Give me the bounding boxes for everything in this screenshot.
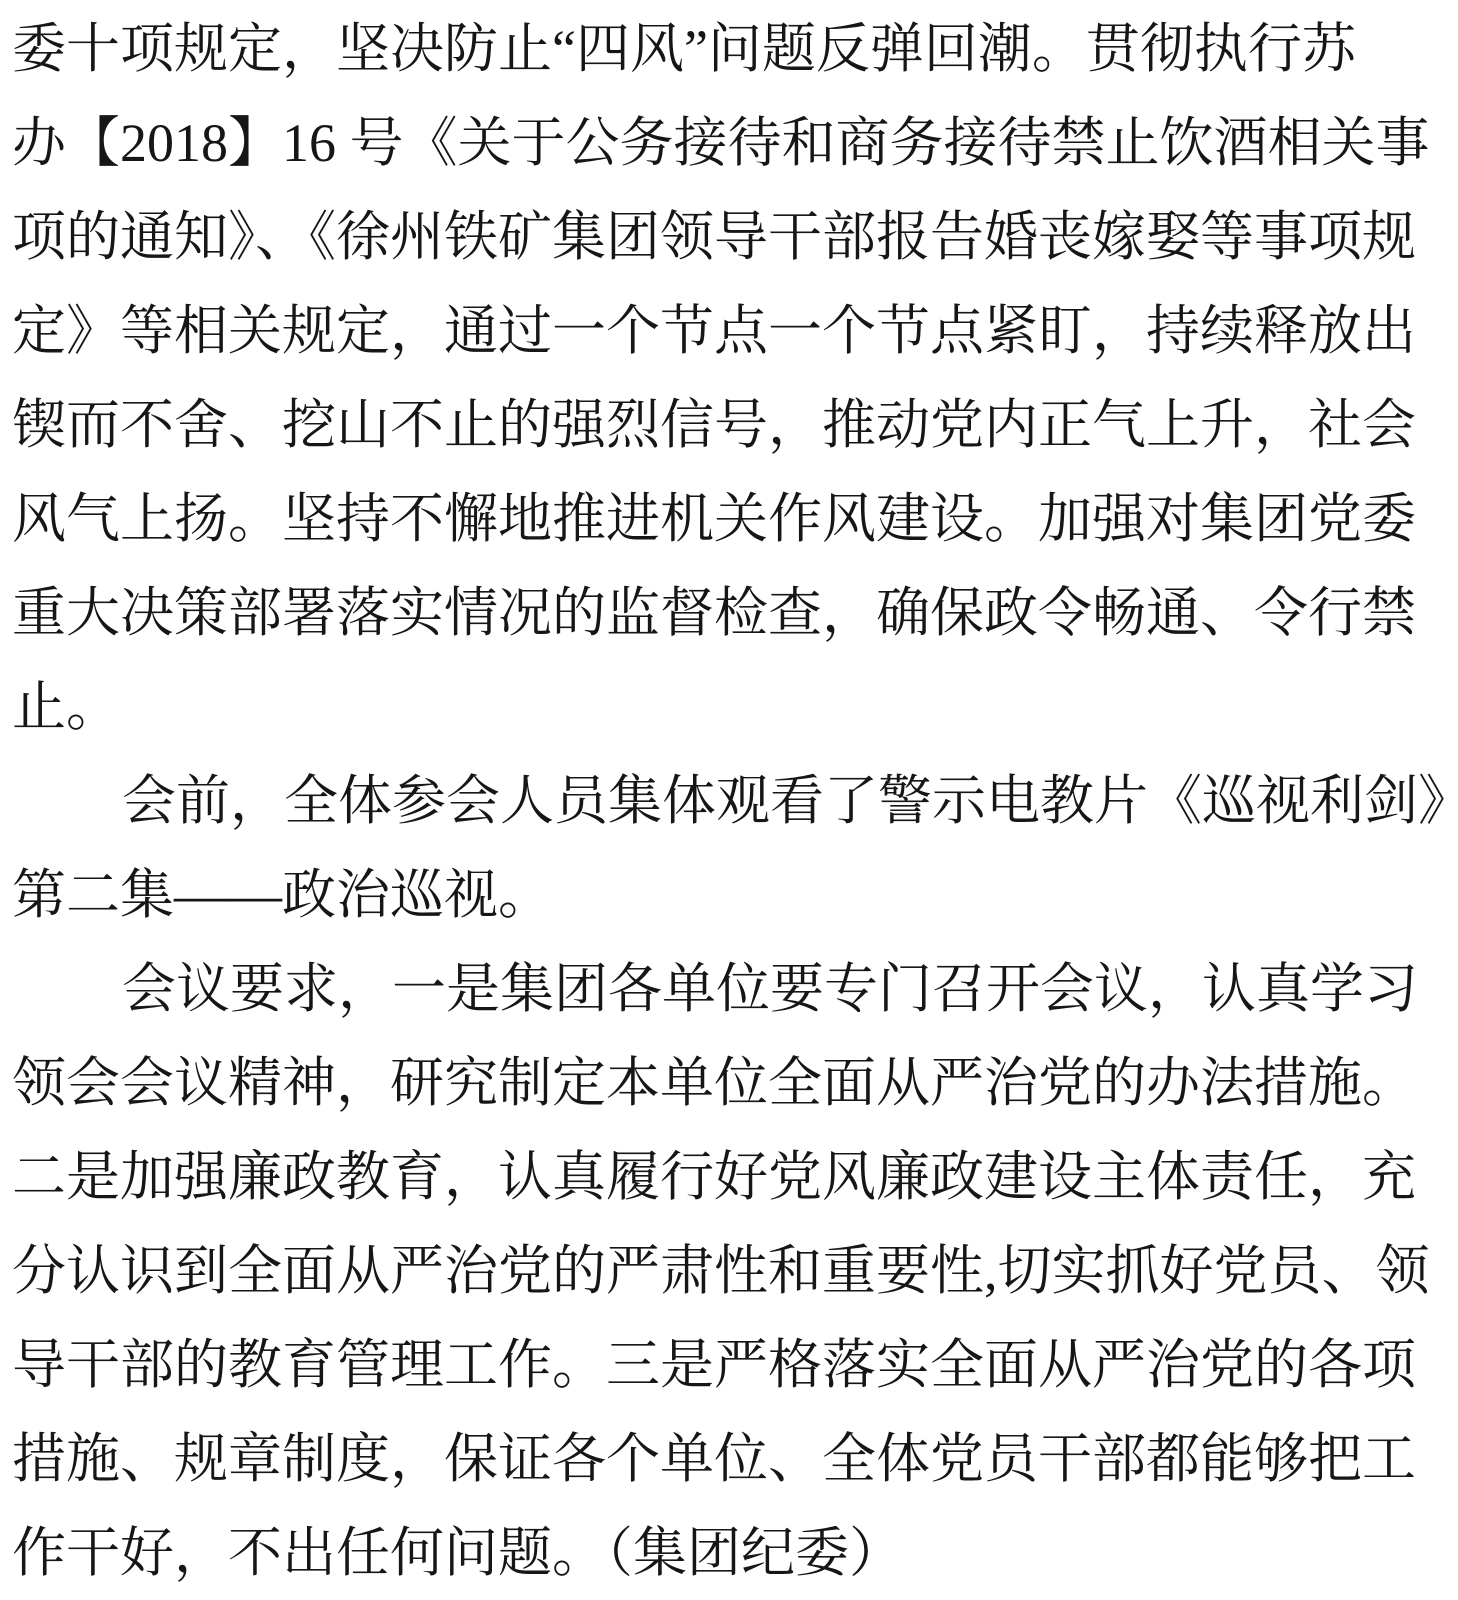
text-line-12: 领会会议精神，研究制定本单位全面从严治党的办法措施。 xyxy=(12,1036,1422,1130)
text-line-10: 第二集——政治巡视。 xyxy=(12,848,1422,942)
text-line-5: 锲而不舍、挖山不止的强烈信号，推动党内正气上升，社会 xyxy=(12,378,1422,472)
text-line-7: 重大决策部署落实情况的监督检查，确保政令畅通、令行禁 xyxy=(12,566,1422,660)
document-text-block: 委十项规定，坚决防止“四风”问题反弹回潮。贯彻执行苏 办【2018】16 号《关… xyxy=(12,2,1422,1600)
text-line-17: 作干好，不出任何问题。（集团纪委） xyxy=(12,1506,1422,1600)
text-line-1: 委十项规定，坚决防止“四风”问题反弹回潮。贯彻执行苏 xyxy=(12,2,1422,96)
text-line-14: 分认识到全面从严治党的严肃性和重要性,切实抓好党员、领 xyxy=(12,1224,1422,1318)
text-line-9-paragraph-start: 会前，全体参会人员集体观看了警示电教片《巡视利剑》 xyxy=(12,754,1422,848)
document-page: 委十项规定，坚决防止“四风”问题反弹回潮。贯彻执行苏 办【2018】16 号《关… xyxy=(0,0,1458,1600)
text-line-8: 止。 xyxy=(12,660,1422,754)
text-line-13: 二是加强廉政教育，认真履行好党风廉政建设主体责任，充 xyxy=(12,1130,1422,1224)
text-line-6: 风气上扬。坚持不懈地推进机关作风建设。加强对集团党委 xyxy=(12,472,1422,566)
text-line-4: 定》等相关规定，通过一个节点一个节点紧盯，持续释放出 xyxy=(12,284,1422,378)
text-line-3: 项的通知》、《徐州铁矿集团领导干部报告婚丧嫁娶等事项规 xyxy=(12,190,1422,284)
text-line-16: 措施、规章制度，保证各个单位、全体党员干部都能够把工 xyxy=(12,1412,1422,1506)
text-line-2: 办【2018】16 号《关于公务接待和商务接待禁止饮酒相关事 xyxy=(12,96,1422,190)
text-line-15: 导干部的教育管理工作。三是严格落实全面从严治党的各项 xyxy=(12,1318,1422,1412)
text-line-11-paragraph-start: 会议要求，一是集团各单位要专门召开会议，认真学习 xyxy=(12,942,1422,1036)
